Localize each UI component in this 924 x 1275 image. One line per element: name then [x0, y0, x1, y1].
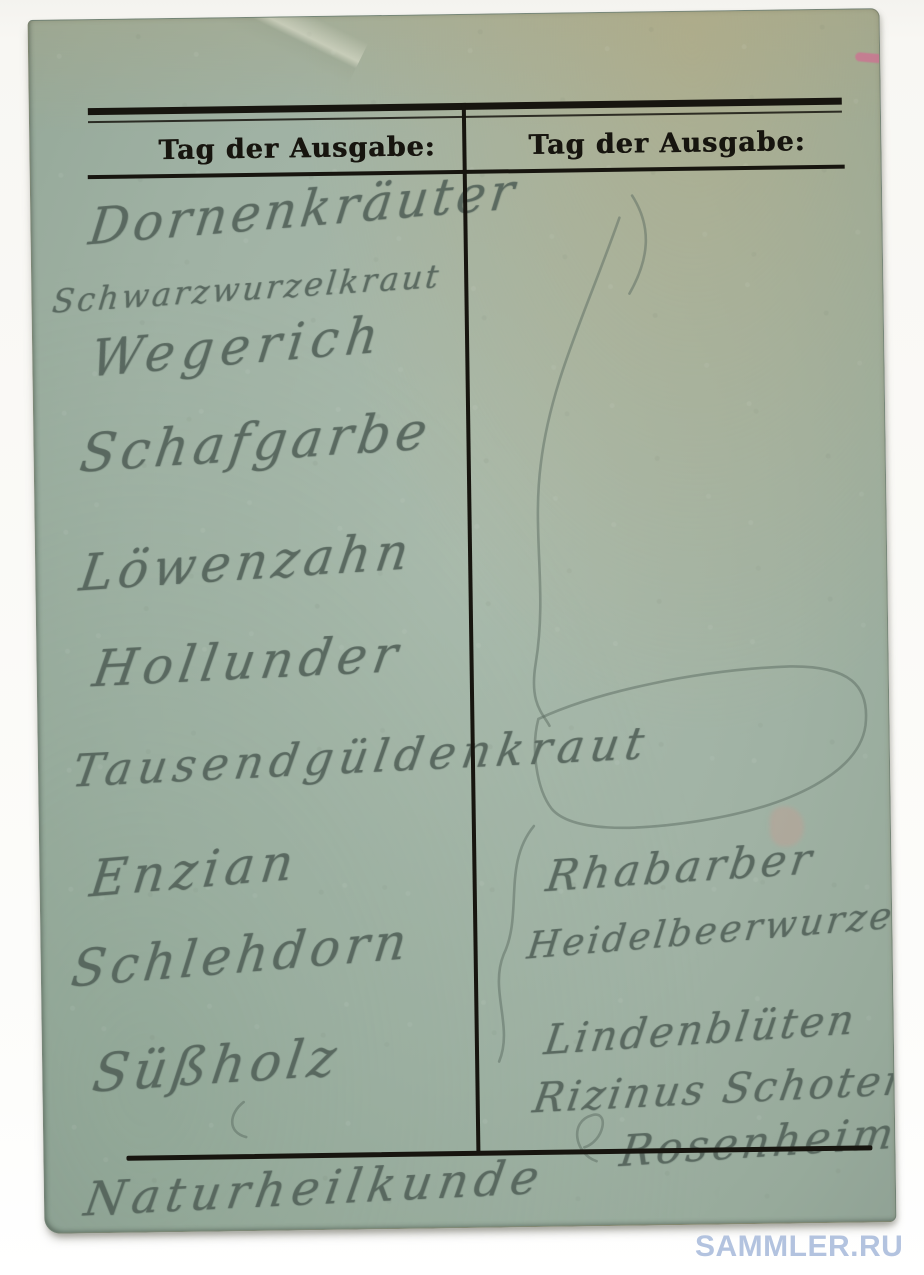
- herb-ration-card: Tag der Ausgabe: Tag der Ausgabe: Dornen…: [28, 8, 897, 1234]
- watermark-text: SAMMLER.RU: [695, 1230, 903, 1264]
- pencil-squiggle-lines: [29, 9, 896, 1233]
- scan-background: Tag der Ausgabe: Tag der Ausgabe: Dornen…: [0, 0, 924, 1275]
- column-header-right: Tag der Ausgabe:: [528, 127, 778, 161]
- column-header-left: Tag der Ausgabe:: [158, 132, 402, 166]
